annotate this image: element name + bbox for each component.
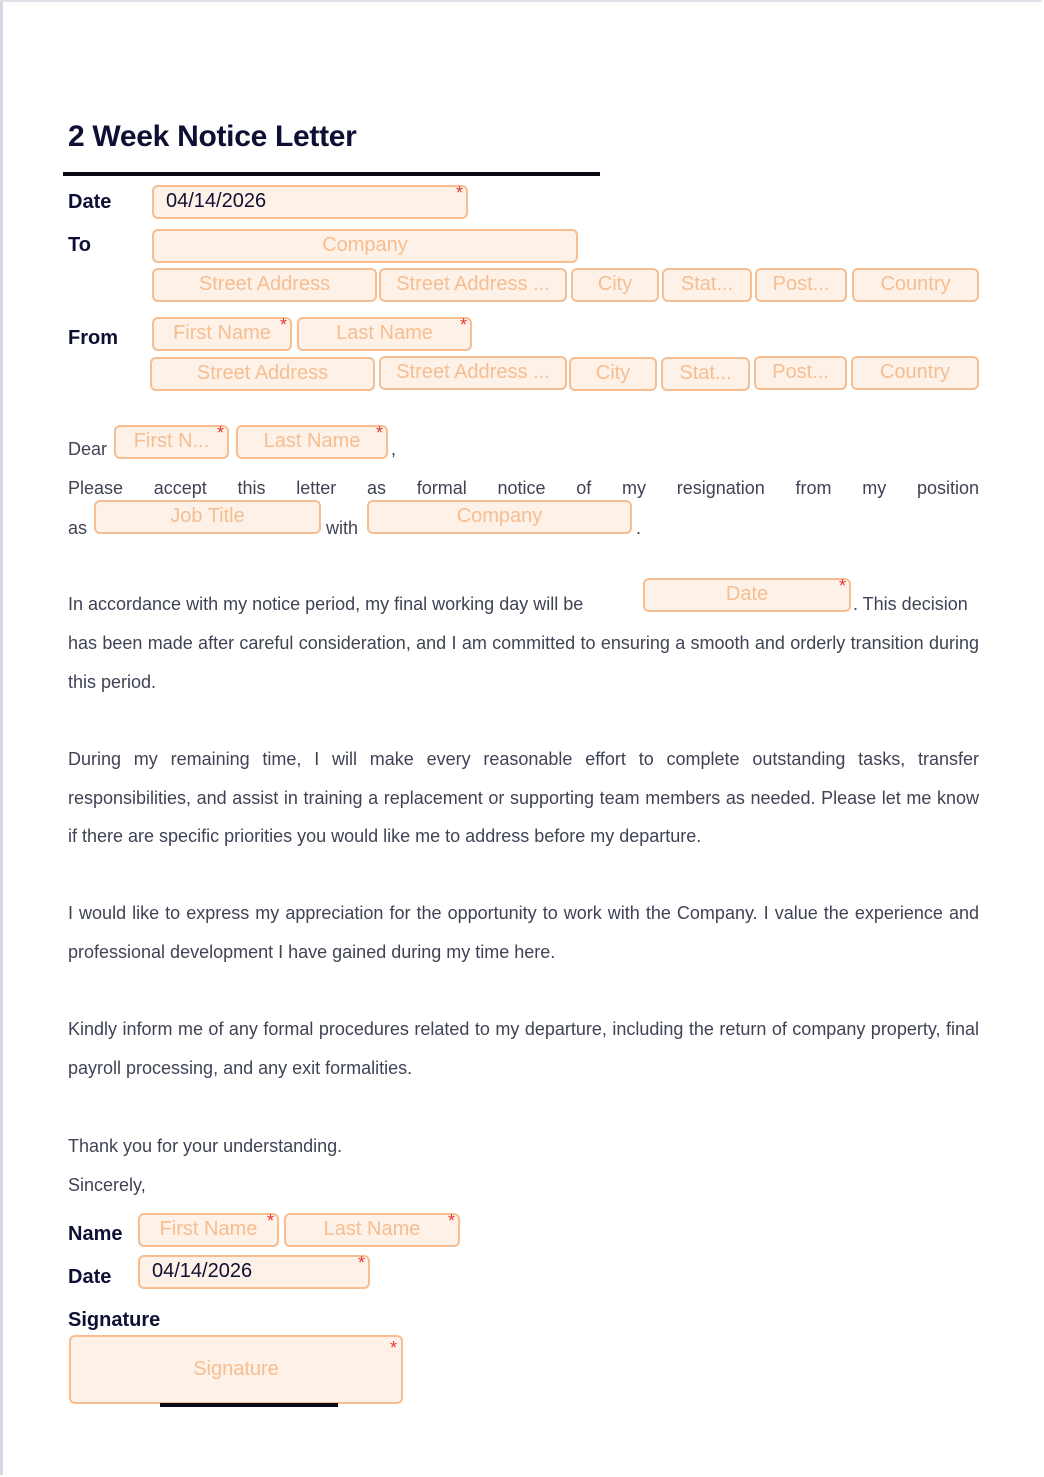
from-first-name-field[interactable]: First Name * xyxy=(152,317,292,351)
to-city-field[interactable]: City xyxy=(571,268,659,302)
required-marker: * xyxy=(448,1212,455,1230)
required-marker: * xyxy=(376,424,383,442)
from-city-field[interactable]: City xyxy=(569,357,657,391)
from-label: From xyxy=(68,327,118,350)
to-street-address-field[interactable]: Street Address xyxy=(152,268,377,302)
p2-end: . This decision xyxy=(853,594,968,615)
date-value: 04/14/2026 xyxy=(166,190,266,212)
from-last-name-field[interactable]: Last Name * xyxy=(297,317,472,351)
date-field[interactable]: 04/14/2026 * xyxy=(152,185,468,219)
thanks-text: Thank you for your understanding. xyxy=(68,1136,342,1157)
required-marker: * xyxy=(456,184,463,202)
required-marker: * xyxy=(280,316,287,334)
placeholder: Date xyxy=(726,583,768,605)
paragraph-4: I would like to express my appreciation … xyxy=(68,894,979,971)
from-postal-field[interactable]: Post... xyxy=(754,356,847,390)
signer-first-name-field[interactable]: First Name * xyxy=(138,1213,279,1247)
to-country-field[interactable]: Country xyxy=(852,268,979,302)
company-field[interactable]: Company xyxy=(367,500,632,534)
signature-underline xyxy=(160,1403,338,1407)
to-company-field[interactable]: Company xyxy=(152,229,578,263)
required-marker: * xyxy=(390,1339,397,1357)
placeholder: Signature xyxy=(193,1358,279,1380)
required-marker: * xyxy=(217,424,224,442)
comma: , xyxy=(391,439,396,460)
placeholder: Last Name xyxy=(264,430,361,452)
dear-first-name-field[interactable]: First N... * xyxy=(114,425,229,459)
to-street-address-2-field[interactable]: Street Address ... xyxy=(379,268,567,302)
to-state-field[interactable]: Stat... xyxy=(662,268,752,302)
required-marker: * xyxy=(267,1212,274,1230)
to-label: To xyxy=(68,234,91,257)
required-marker: * xyxy=(460,316,467,334)
p2-rest: has been made after careful consideratio… xyxy=(68,624,979,701)
paragraph-5: Kindly inform me of any formal procedure… xyxy=(68,1010,979,1087)
signature-label: Signature xyxy=(68,1309,160,1332)
intro-line: Please accept this letter as formal noti… xyxy=(68,478,979,499)
from-state-field[interactable]: Stat... xyxy=(661,357,750,391)
from-street-address-2-field[interactable]: Street Address ... xyxy=(379,356,567,390)
sincerely-text: Sincerely, xyxy=(68,1175,146,1196)
period: . xyxy=(636,518,641,539)
signer-date-field[interactable]: 04/14/2026 * xyxy=(138,1255,370,1289)
as-text: as xyxy=(68,518,87,539)
with-text: with xyxy=(326,518,358,539)
placeholder: First Name xyxy=(173,322,271,344)
placeholder: Last Name xyxy=(324,1218,421,1240)
placeholder: Last Name xyxy=(336,322,433,344)
dear-text: Dear xyxy=(68,439,107,460)
paragraph-3: During my remaining time, I will make ev… xyxy=(68,740,979,856)
required-marker: * xyxy=(839,577,846,595)
placeholder: First Name xyxy=(160,1218,258,1240)
page-frame xyxy=(0,0,1042,1475)
final-date-field[interactable]: Date * xyxy=(643,578,851,612)
to-postal-field[interactable]: Post... xyxy=(755,268,847,302)
document-title: 2 Week Notice Letter xyxy=(68,120,357,154)
signature-field[interactable]: Signature * xyxy=(69,1335,403,1404)
title-divider xyxy=(63,172,600,176)
date-value: 04/14/2026 xyxy=(152,1260,252,1282)
required-marker: * xyxy=(358,1254,365,1272)
signer-date-label: Date xyxy=(68,1266,111,1289)
signer-last-name-field[interactable]: Last Name * xyxy=(284,1213,460,1247)
date-label: Date xyxy=(68,191,111,214)
from-street-address-field[interactable]: Street Address xyxy=(150,357,375,391)
dear-last-name-field[interactable]: Last Name * xyxy=(236,425,388,459)
name-label: Name xyxy=(68,1223,122,1246)
p2-start: In accordance with my notice period, my … xyxy=(68,594,583,615)
placeholder: First N... xyxy=(134,430,210,452)
from-country-field[interactable]: Country xyxy=(851,356,979,390)
job-title-field[interactable]: Job Title xyxy=(94,500,321,534)
